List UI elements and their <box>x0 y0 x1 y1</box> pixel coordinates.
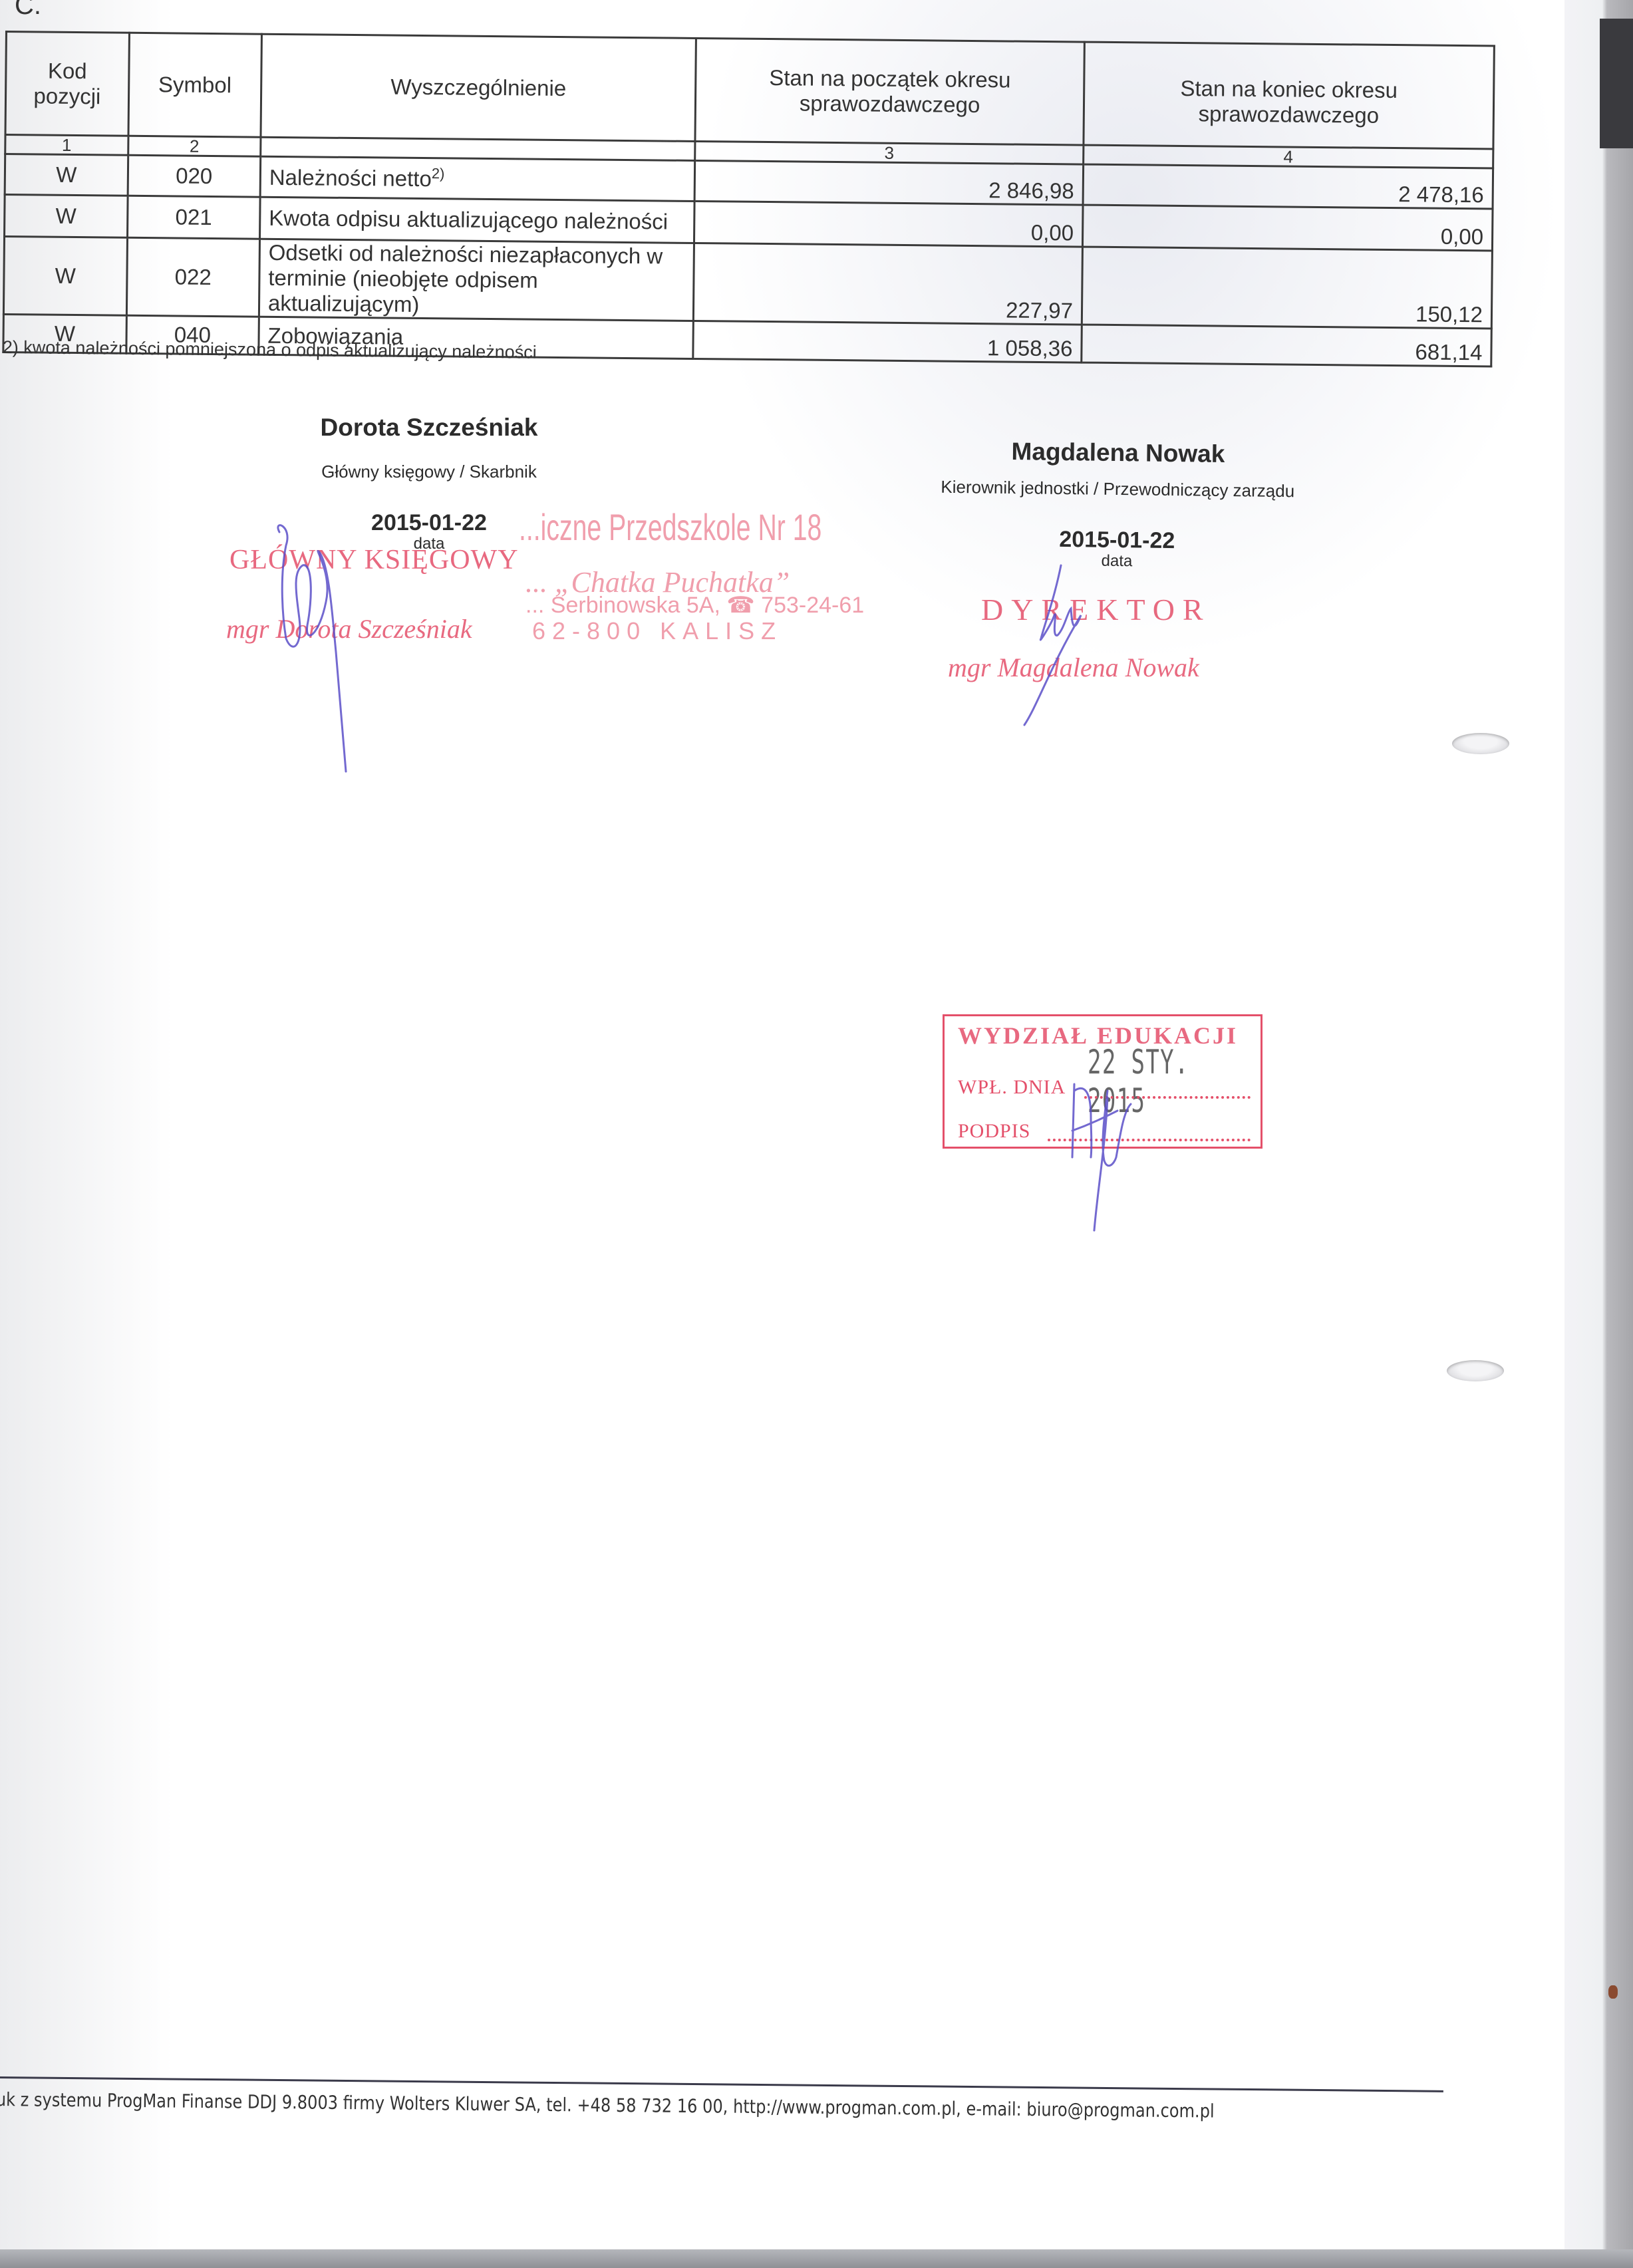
cell-symbol: 021 <box>127 196 260 239</box>
cell-symbol: 022 <box>126 237 259 317</box>
stamp-chief-accountant-name: mgr Dorota Szcześniak <box>226 613 472 644</box>
punch-hole <box>1452 733 1509 754</box>
cell-start: 2 846,98 <box>694 160 1083 205</box>
received-dotted-line <box>1084 1077 1251 1099</box>
cell-kod: W <box>5 195 128 238</box>
header-end: Stan na koniec okresu sprawozdawczego <box>1084 42 1495 149</box>
cell-end: 150,12 <box>1082 247 1492 329</box>
cell-start: 0,00 <box>694 201 1083 247</box>
signer-name: Dorota Szcześniak <box>200 414 659 442</box>
receipt-signature-label: PODPIS <box>958 1120 1030 1143</box>
footnote-ref: 2) <box>432 165 445 182</box>
scanner-edge-right <box>1564 0 1633 2268</box>
stamp-school-address: ... Serbinowska 5A, ☎ 753-24-61 <box>525 592 864 619</box>
document-page: C. Kod pozycji Symbol Wyszczególnienie S… <box>0 0 1564 2249</box>
signer-role: Główny księgowy / Skarbnik <box>200 462 659 482</box>
stamp-chief-accountant-title: GŁÓWNY KSIĘGOWY <box>229 544 519 576</box>
section-letter: C. <box>15 0 41 21</box>
cell-description: Należności netto2) <box>260 156 695 201</box>
cell-kod: W <box>5 154 128 196</box>
cell-end: 0,00 <box>1082 205 1493 251</box>
cell-description: Odsetki od należności niezapłaconych w t… <box>259 239 694 321</box>
signer-role: Kierownik jednostki / Przewodniczący zar… <box>885 476 1350 503</box>
header-symbol: Symbol <box>128 33 262 137</box>
receipt-stamp: WYDZIAŁ EDUKACJI 22 STY. 2015 WPŁ. DNIA … <box>943 1014 1262 1149</box>
stamp-school-name: ...iczne Przedszkole Nr 18 <box>519 505 821 549</box>
table-row: W 022 Odsetki od należności niezapłacony… <box>3 237 1492 329</box>
table-footnote: 2) kwota należności pomniejszona o odpis… <box>3 337 537 363</box>
column-number: 2 <box>128 136 260 156</box>
signer-name: Magdalena Nowak <box>885 436 1351 470</box>
description-text: Należności netto <box>269 165 432 191</box>
cell-end: 2 478,16 <box>1083 164 1493 209</box>
header-description: Wyszczególnienie <box>261 34 696 141</box>
signature-dotted-line <box>1048 1121 1251 1141</box>
cell-kod: W <box>3 237 127 316</box>
cell-start: 1 058,36 <box>693 321 1082 362</box>
punch-hole <box>1447 1360 1504 1381</box>
cell-description: Kwota odpisu aktualizującego należności <box>259 197 694 243</box>
receivables-table: Kod pozycji Symbol Wyszczególnienie Stan… <box>2 31 1495 367</box>
header-kod: Kod pozycji <box>5 32 129 136</box>
table-header-row: Kod pozycji Symbol Wyszczególnienie Stan… <box>5 32 1494 149</box>
receipt-received-label: WPŁ. DNIA <box>958 1076 1066 1099</box>
cell-symbol: 020 <box>128 155 261 197</box>
column-number: 1 <box>5 135 128 156</box>
cell-start: 227,97 <box>694 243 1083 324</box>
stamp-school-city: 62-800 KALISZ <box>532 617 782 645</box>
stamp-director-title: DYREKTOR <box>981 592 1211 627</box>
header-start: Stan na początek okresu sprawozdawczego <box>695 38 1084 145</box>
scanner-edge-shadow <box>1600 19 1633 148</box>
scan-speck <box>1608 1985 1618 1999</box>
scanner-edge-bottom <box>0 2249 1633 2268</box>
signature-block-director: Magdalena Nowak Kierownik jednostki / Pr… <box>884 436 1351 574</box>
cell-end: 681,14 <box>1082 325 1492 366</box>
footer-text: uk z systemu ProgMan Finanse DDJ 9.8003 … <box>0 2088 1215 2122</box>
stamp-director-name: mgr Magdalena Nowak <box>948 652 1199 683</box>
